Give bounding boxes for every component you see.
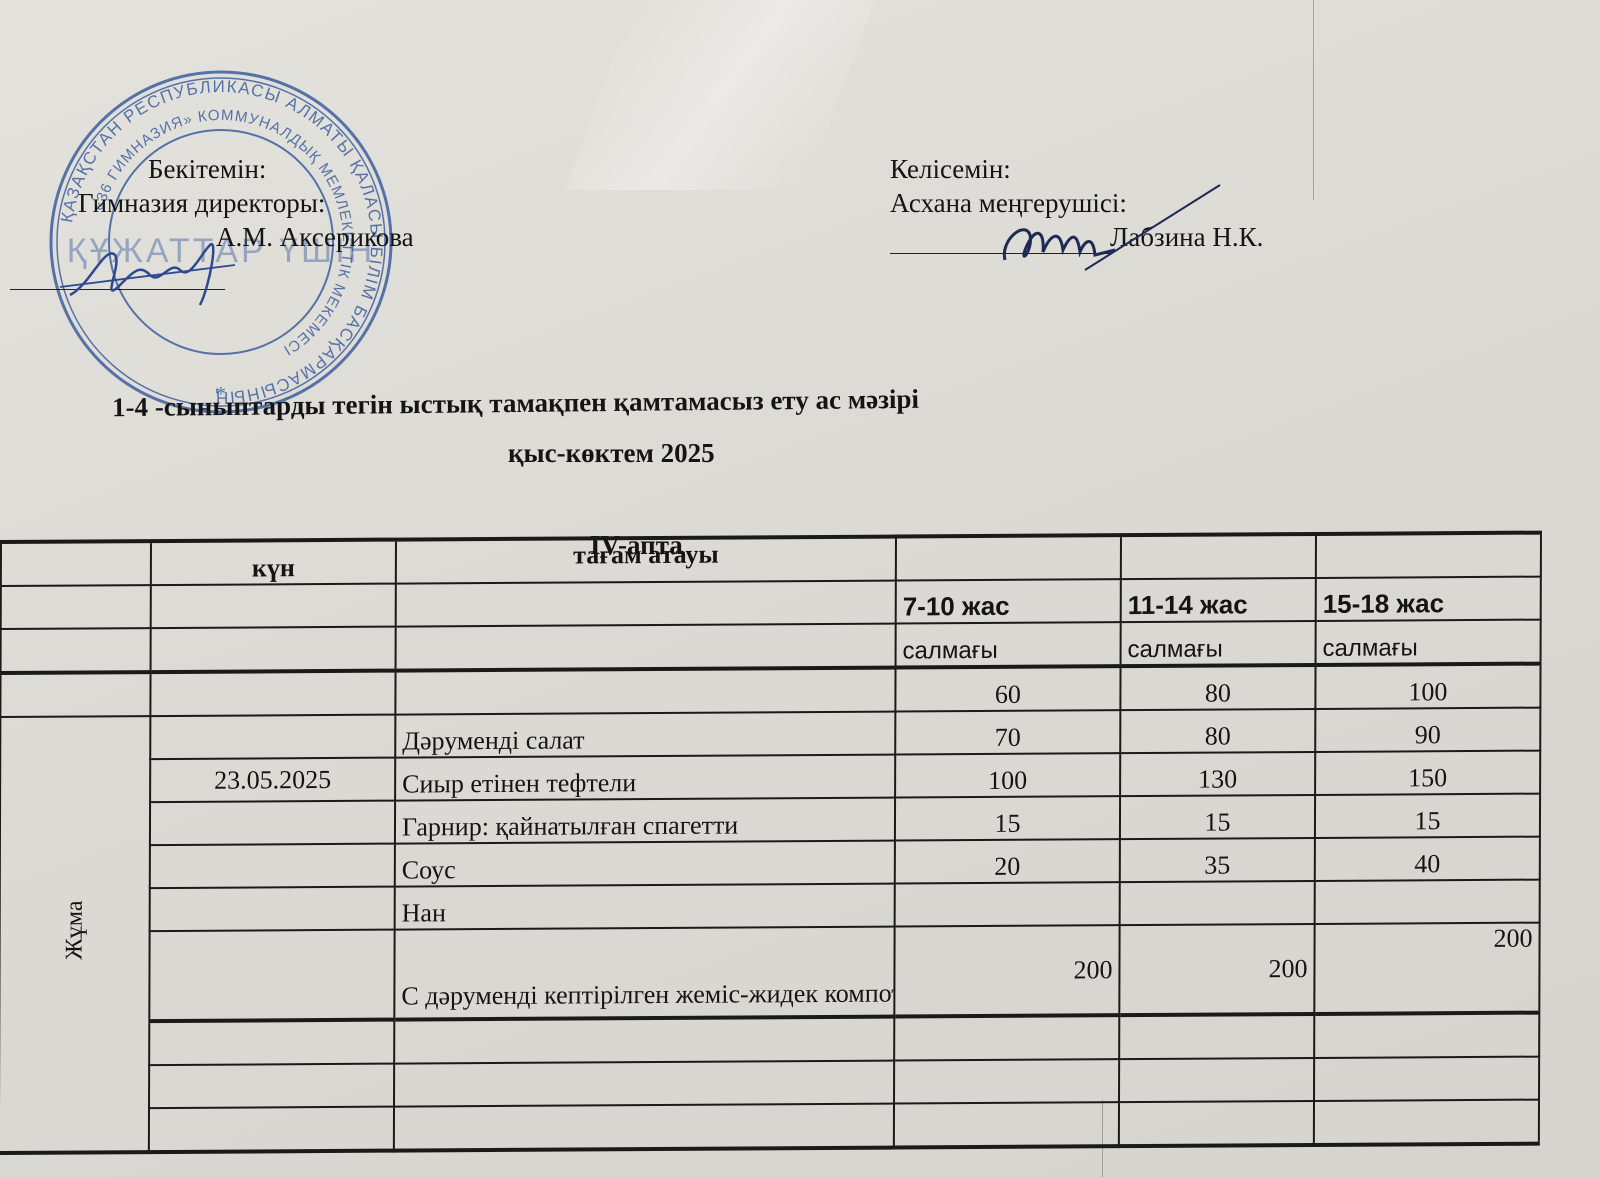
signature-line-left <box>10 289 225 290</box>
agreer-name: Лабзина Н.К. <box>1110 222 1263 252</box>
portion-7-10: 70 <box>895 710 1120 754</box>
menu-table-container: күн тағам атауы 7-10 жас 11-14 жас 15-18… <box>0 531 1550 1160</box>
portion-11-14: 15 <box>1120 795 1315 839</box>
portion-11-14: 80 <box>1120 709 1315 753</box>
age-group-11-14: 11-14 жас <box>1121 578 1316 622</box>
menu-table: күн тағам атауы 7-10 жас 11-14 жас 15-18… <box>0 531 1542 1155</box>
dish-name: Гарнир: қайнатылған спагетти <box>395 798 895 844</box>
agreer-position: Асхана меңгерушісі: <box>890 186 1263 220</box>
approver-name: А.М. Аксерикова <box>216 222 414 252</box>
portion-11-14: 80 <box>1120 665 1315 710</box>
empty-row <box>0 1100 1539 1153</box>
season-label: қыс-көктем 2025 <box>508 438 715 469</box>
weight-label: салмағы <box>1121 621 1316 666</box>
menu-date: 23.05.2025 <box>150 758 395 802</box>
dish-name: Соус <box>395 841 895 887</box>
portion-15-18: 150 <box>1315 751 1540 795</box>
agree-heading: Келісемін: <box>890 152 1263 186</box>
weight-label: салмағы <box>896 622 1121 667</box>
portion-15-18: 200 <box>1314 923 1539 1014</box>
age-group-7-10: 7-10 жас <box>896 579 1121 623</box>
dish-name: Нан <box>395 884 895 930</box>
portion-7-10: 60 <box>895 666 1120 711</box>
portion-7-10: 15 <box>895 796 1120 840</box>
portion-11-14: 130 <box>1120 752 1315 796</box>
light-glare <box>565 0 874 190</box>
portion-11-14 <box>1120 881 1315 925</box>
paper-sheet: ҚАЗАҚСТАН РЕСПУБЛИКАСЫ АЛМАТЫ ҚАЛАСЫ БІЛ… <box>0 0 1600 1177</box>
menu-title: 1-4 -сыныптарды тегін ыстық тамақпен қам… <box>112 384 919 423</box>
portion-7-10: 20 <box>895 839 1120 883</box>
table-row: С дәруменді кептірілген жеміс-жидек комп… <box>0 923 1540 1022</box>
portion-15-18: 15 <box>1315 794 1540 838</box>
approval-block-right: Келісемін: Асхана меңгерушісі: Лабзина Н… <box>890 152 1263 254</box>
approve-heading: Бекітемін: <box>78 152 414 186</box>
age-group-15-18: 15-18 жас <box>1316 577 1541 621</box>
portion-15-18 <box>1315 880 1540 924</box>
portion-11-14: 200 <box>1119 924 1314 1015</box>
portion-15-18: 90 <box>1315 708 1540 752</box>
dish-column-header: тағам атауы <box>396 537 896 584</box>
portion-11-14: 35 <box>1120 838 1315 882</box>
day-name: Жұма <box>61 901 88 960</box>
day-column-header: күн <box>151 540 396 585</box>
portion-7-10: 200 <box>894 925 1119 1016</box>
paper-crease <box>1313 0 1314 200</box>
dish-name: С дәруменді кептірілген жеміс-жидек комп… <box>394 927 894 1020</box>
portion-7-10: 100 <box>895 753 1120 797</box>
portion-15-18: 40 <box>1315 837 1540 881</box>
day-name-cell: Жұма <box>0 716 150 1153</box>
portion-15-18: 100 <box>1315 664 1540 709</box>
portion-7-10 <box>895 882 1120 926</box>
dish-name: Сиыр етінен тефтели <box>395 755 895 801</box>
approval-block-left: Бекітемін: Гимназия директоры: А.М. Аксе… <box>78 152 414 254</box>
weight-label: салмағы <box>1316 620 1541 665</box>
approver-position: Гимназия директоры: <box>78 186 414 220</box>
dish-name: Дәруменді салат <box>395 712 895 758</box>
